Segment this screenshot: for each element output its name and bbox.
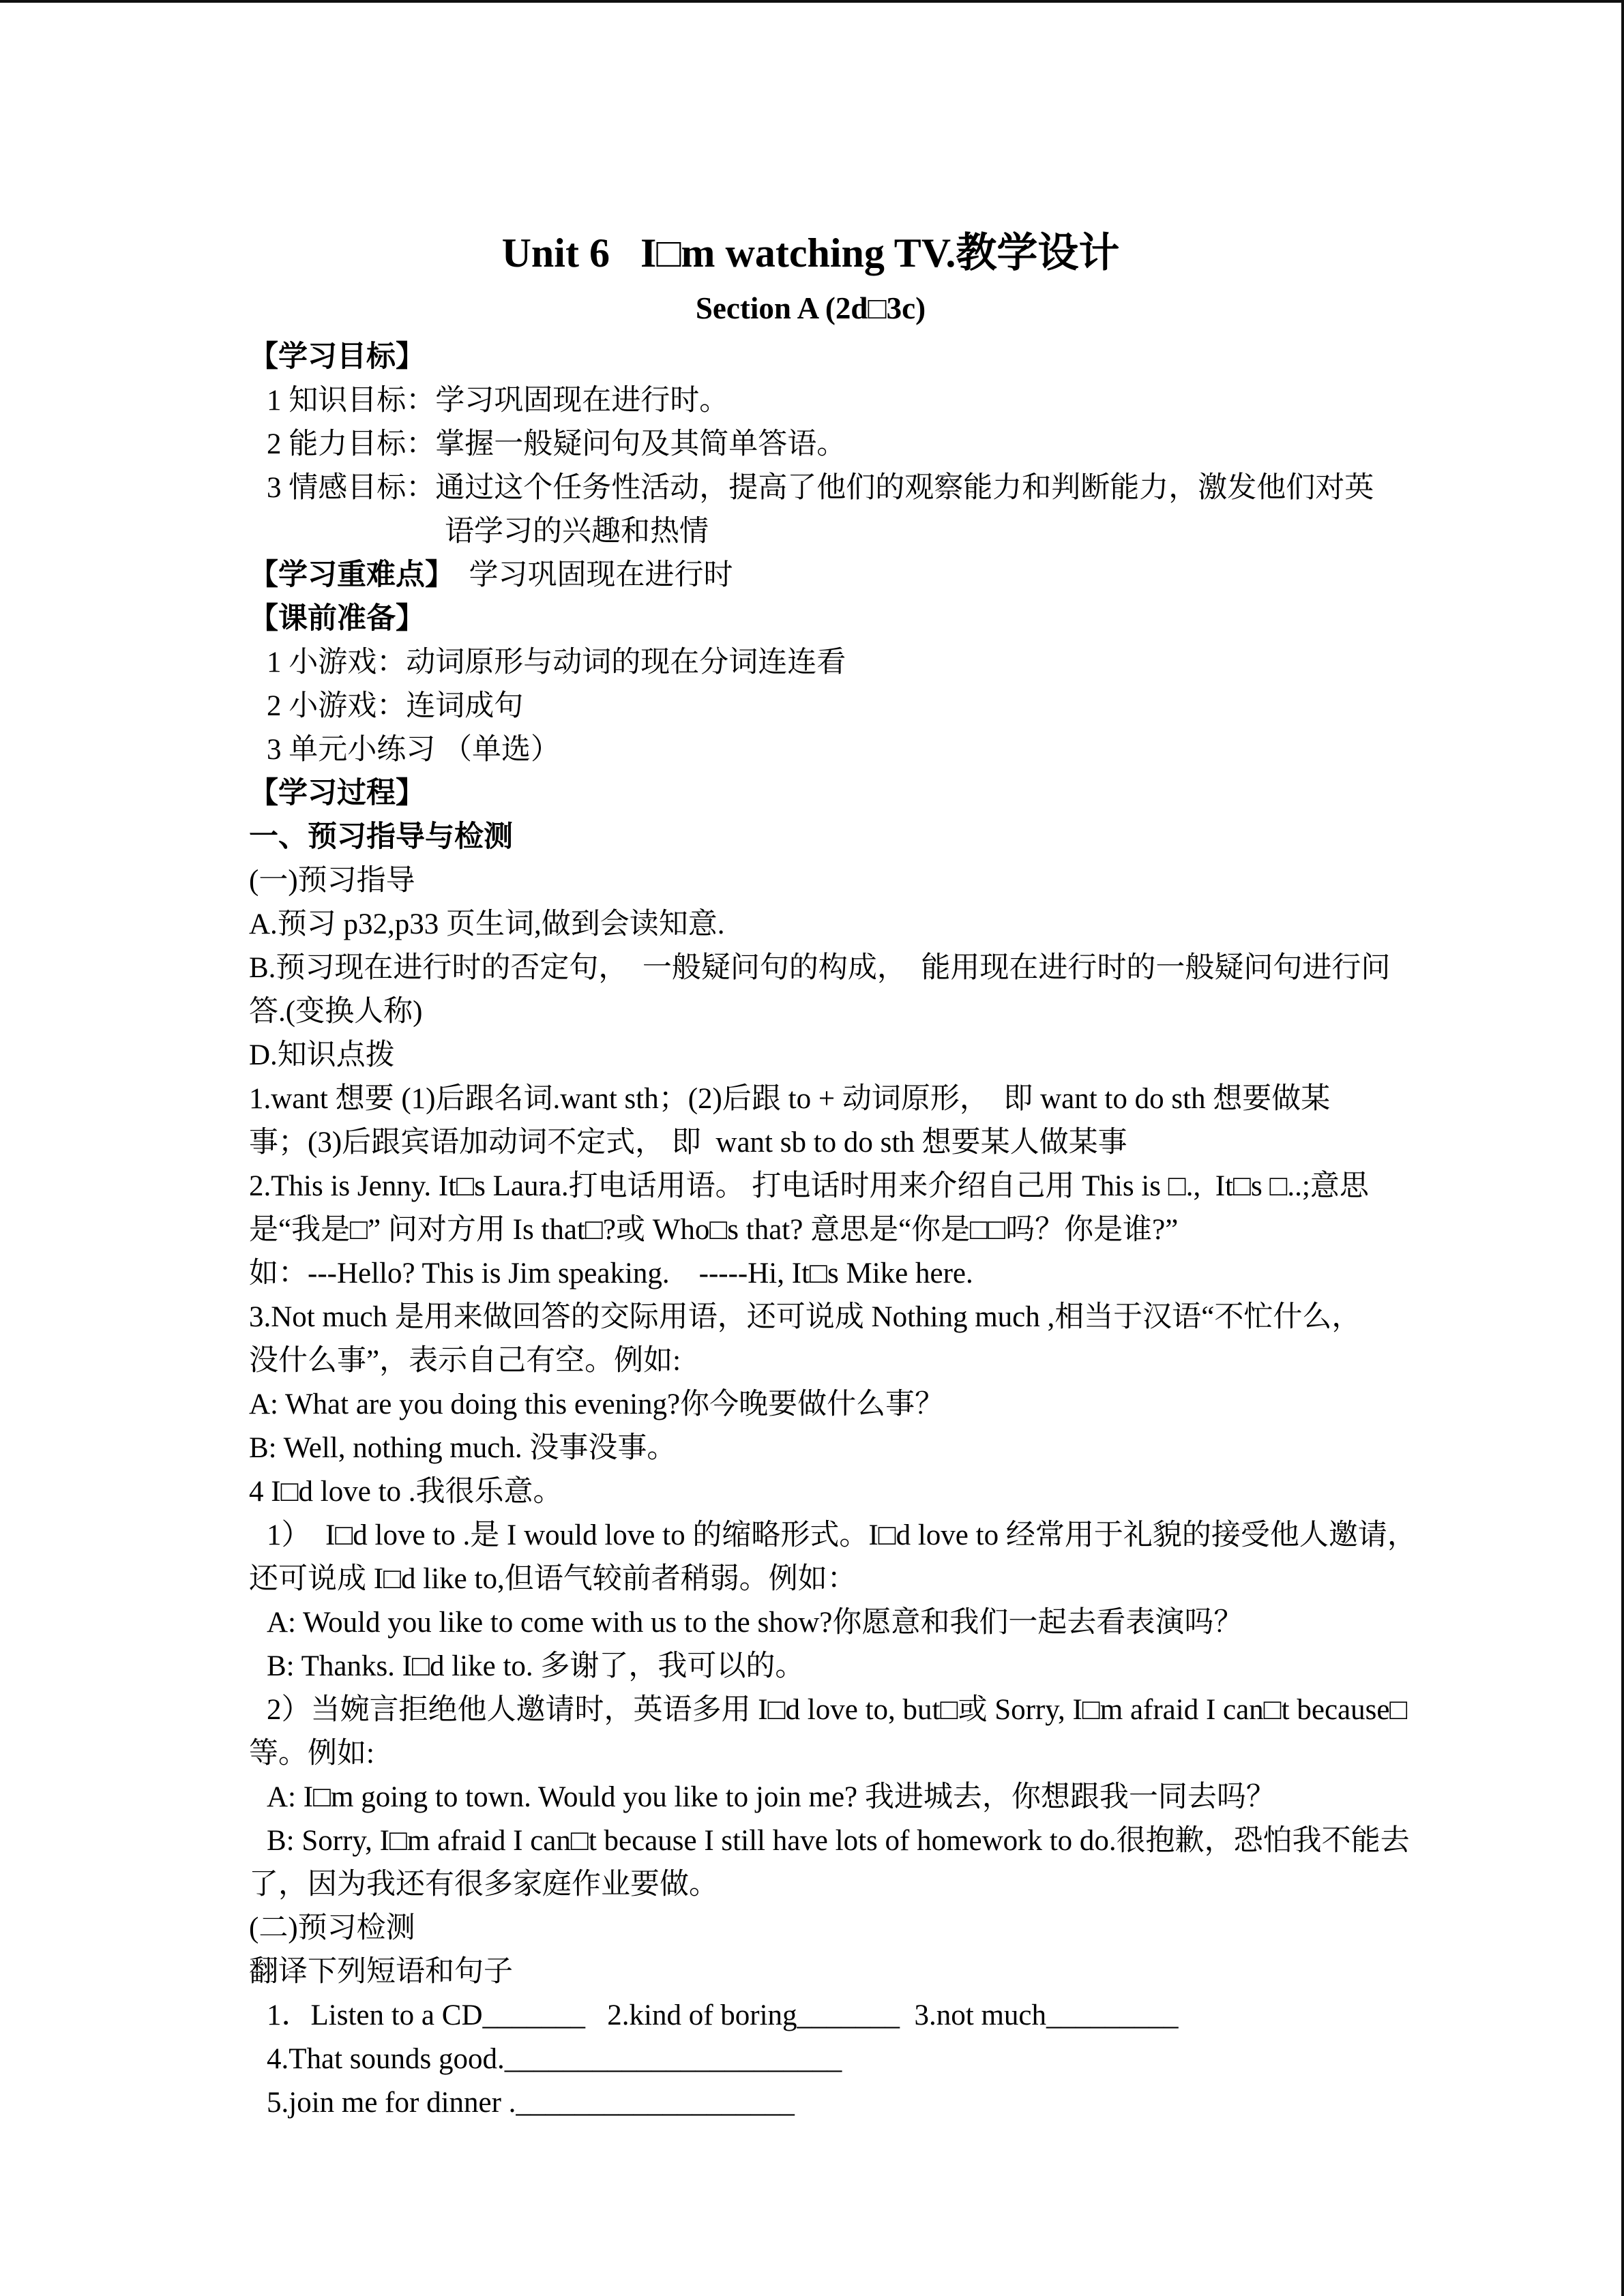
doc-text: A: What are you doing this evening?你今晚要做… xyxy=(249,1388,944,1420)
doc-text: 5.join me for dinner .__________________… xyxy=(267,2087,795,2119)
doc-line: 2）当婉言拒绝他人邀请时，英语多用 I□d love to, but□或 Sor… xyxy=(249,1688,1539,1732)
doc-text: 3 单元小练习 （单选） xyxy=(267,734,560,766)
doc-line: A.预习 p32,p33 页生词,做到会读知意. xyxy=(249,903,1539,946)
doc-text: 1．Listen to a CD_______ 2.kind of boring… xyxy=(267,1999,1179,2031)
doc-line: (二)预习检测 xyxy=(249,1907,1539,1950)
document-body: 【学习目标】1 知识目标：学习巩固现在进行时。2 能力目标：掌握一般疑问句及其简… xyxy=(0,336,1621,2125)
doc-line: 一、预习指导与检测 xyxy=(249,816,1539,859)
doc-line: 2 小游戏：连词成句 xyxy=(249,685,1539,728)
doc-line: 4.That sounds good._____________________… xyxy=(249,2038,1539,2081)
doc-line: 翻译下列短语和句子 xyxy=(249,1950,1539,1994)
doc-line: 是“我是□” 问对方用 Is that□?或 Who□s that? 意思是“你… xyxy=(249,1208,1539,1252)
doc-line: 没什么事”，表示自己有空。例如: xyxy=(249,1339,1539,1383)
doc-text: 2 小游戏：连词成句 xyxy=(267,690,523,722)
doc-line: 2 能力目标：掌握一般疑问句及其简单答语。 xyxy=(249,423,1539,466)
doc-line: 1 知识目标：学习巩固现在进行时。 xyxy=(249,379,1539,423)
doc-line: 1） I□d love to .是 I would love to 的缩略形式。… xyxy=(249,1514,1539,1557)
doc-line: 答.(变换人称) xyxy=(249,990,1539,1034)
doc-text: B: Sorry, I□m afraid I can□t because I s… xyxy=(267,1825,1410,1857)
doc-text: 如：---Hello? This is Jim speaking. -----H… xyxy=(249,1257,973,1289)
doc-line: 【学习目标】 xyxy=(249,336,1539,379)
doc-line: D.知识点拨 xyxy=(249,1034,1539,1077)
doc-line: B: Sorry, I□m afraid I can□t because I s… xyxy=(249,1819,1539,1863)
doc-text: B: Well, nothing much. 没事没事。 xyxy=(249,1432,676,1464)
doc-line: B: Well, nothing much. 没事没事。 xyxy=(249,1427,1539,1470)
doc-text: 翻译下列短语和句子 xyxy=(249,1956,513,1988)
doc-line: 2.This is Jenny. It□s Laura.打电话用语。 打电话时用… xyxy=(249,1165,1539,1208)
doc-text: 语学习的兴趣和热情 xyxy=(445,516,709,548)
doc-line: 事；(3)后跟宾语加动词不定式， 即 want sb to do sth 想要某… xyxy=(249,1121,1539,1165)
doc-heading-text: 【学习过程】 xyxy=(249,777,425,809)
doc-line: B.预习现在进行时的否定句， 一般疑问句的构成， 能用现在进行时的一般疑问句进行… xyxy=(249,946,1539,990)
doc-line: A: Would you like to come with us to the… xyxy=(249,1601,1539,1645)
doc-line: 【课前准备】 xyxy=(249,597,1539,641)
doc-line: 等。例如: xyxy=(249,1732,1539,1776)
page-subtitle: Section A (2d□3c) xyxy=(0,289,1621,327)
document-page: Unit 6 I□m watching TV.教学设计 Section A (2… xyxy=(0,0,1624,2296)
doc-text: 是“我是□” 问对方用 Is that□?或 Who□s that? 意思是“你… xyxy=(249,1214,1178,1246)
doc-text: 3 情感目标：通过这个任务性活动，提高了他们的观察能力和判断能力，激发他们对英 xyxy=(267,472,1374,504)
doc-line: (一)预习指导 xyxy=(249,859,1539,903)
doc-line: 3.Not much 是用来做回答的交际用语，还可说成 Nothing much… xyxy=(249,1296,1539,1339)
doc-text: 3.Not much 是用来做回答的交际用语，还可说成 Nothing much… xyxy=(249,1301,1361,1333)
doc-text: A: Would you like to come with us to the… xyxy=(267,1607,1243,1639)
doc-heading-text: 一、预习指导与检测 xyxy=(249,821,513,853)
doc-text: 事；(3)后跟宾语加动词不定式， 即 want sb to do sth 想要某… xyxy=(249,1127,1127,1159)
doc-line: 5.join me for dinner .__________________… xyxy=(249,2081,1539,2125)
doc-text: (一)预习指导 xyxy=(249,865,415,897)
doc-text: 1.want 想要 (1)后跟名词.want sth；(2)后跟 to + 动词… xyxy=(249,1083,1330,1115)
doc-line: A: I□m going to town. Would you like to … xyxy=(249,1776,1539,1819)
doc-line: B: Thanks. I□d like to. 多谢了，我可以的。 xyxy=(249,1645,1539,1688)
doc-line: 【学习重难点】 学习巩固现在进行时 xyxy=(249,554,1539,597)
doc-line: 1．Listen to a CD_______ 2.kind of boring… xyxy=(249,1994,1539,2038)
doc-text: (二)预习检测 xyxy=(249,1912,415,1944)
doc-heading-text: 【学习目标】 xyxy=(249,341,425,373)
doc-text: 1） I□d love to .是 I would love to 的缩略形式。… xyxy=(267,1519,1417,1551)
doc-text: 2）当婉言拒绝他人邀请时，英语多用 I□d love to, but□或 Sor… xyxy=(267,1694,1407,1726)
doc-text: A: I□m going to town. Would you like to … xyxy=(267,1781,1275,1813)
doc-text: D.知识点拨 xyxy=(249,1039,395,1071)
doc-text: 答.(变换人称) xyxy=(249,996,422,1028)
doc-text: 还可说成 I□d like to,但语气较前者稍弱。例如： xyxy=(249,1563,857,1595)
doc-text: 1 知识目标：学习巩固现在进行时。 xyxy=(267,385,728,417)
doc-text: 4 I□d love to .我很乐意。 xyxy=(249,1476,563,1508)
doc-line: 3 情感目标：通过这个任务性活动，提高了他们的观察能力和判断能力，激发他们对英 xyxy=(249,466,1539,510)
doc-text: 4.That sounds good._____________________… xyxy=(267,2043,842,2075)
doc-heading-text: 【学习重难点】 xyxy=(249,559,454,591)
doc-text: B: Thanks. I□d like to. 多谢了，我可以的。 xyxy=(267,1650,804,1682)
doc-line: 如：---Hello? This is Jim speaking. -----H… xyxy=(249,1252,1539,1296)
page-title: Unit 6 I□m watching TV.教学设计 xyxy=(0,226,1621,280)
doc-line: 1.want 想要 (1)后跟名词.want sth；(2)后跟 to + 动词… xyxy=(249,1077,1539,1121)
doc-text: 没什么事”，表示自己有空。例如: xyxy=(249,1345,681,1377)
doc-line: 还可说成 I□d like to,但语气较前者稍弱。例如： xyxy=(249,1557,1539,1601)
doc-text: 2 能力目标：掌握一般疑问句及其简单答语。 xyxy=(267,428,846,460)
doc-text: 2.This is Jenny. It□s Laura.打电话用语。 打电话时用… xyxy=(249,1170,1369,1202)
doc-text: 等。例如: xyxy=(249,1738,374,1770)
doc-text: 了，因为我还有很多家庭作业要做。 xyxy=(249,1868,718,1900)
doc-line: 【学习过程】 xyxy=(249,772,1539,816)
doc-text: B.预习现在进行时的否定句， 一般疑问句的构成， 能用现在进行时的一般疑问句进行… xyxy=(249,952,1390,984)
doc-text: 1 小游戏：动词原形与动词的现在分词连连看 xyxy=(267,646,846,679)
doc-text: A.预习 p32,p33 页生词,做到会读知意. xyxy=(249,908,725,940)
doc-line: 4 I□d love to .我很乐意。 xyxy=(249,1470,1539,1514)
doc-line: 3 单元小练习 （单选） xyxy=(249,728,1539,772)
doc-line: A: What are you doing this evening?你今晚要做… xyxy=(249,1383,1539,1427)
doc-line: 语学习的兴趣和热情 xyxy=(249,510,1539,554)
doc-line: 1 小游戏：动词原形与动词的现在分词连连看 xyxy=(249,641,1539,685)
doc-heading-text: 【课前准备】 xyxy=(249,603,425,635)
doc-text: 学习巩固现在进行时 xyxy=(454,559,733,591)
doc-line: 了，因为我还有很多家庭作业要做。 xyxy=(249,1863,1539,1907)
